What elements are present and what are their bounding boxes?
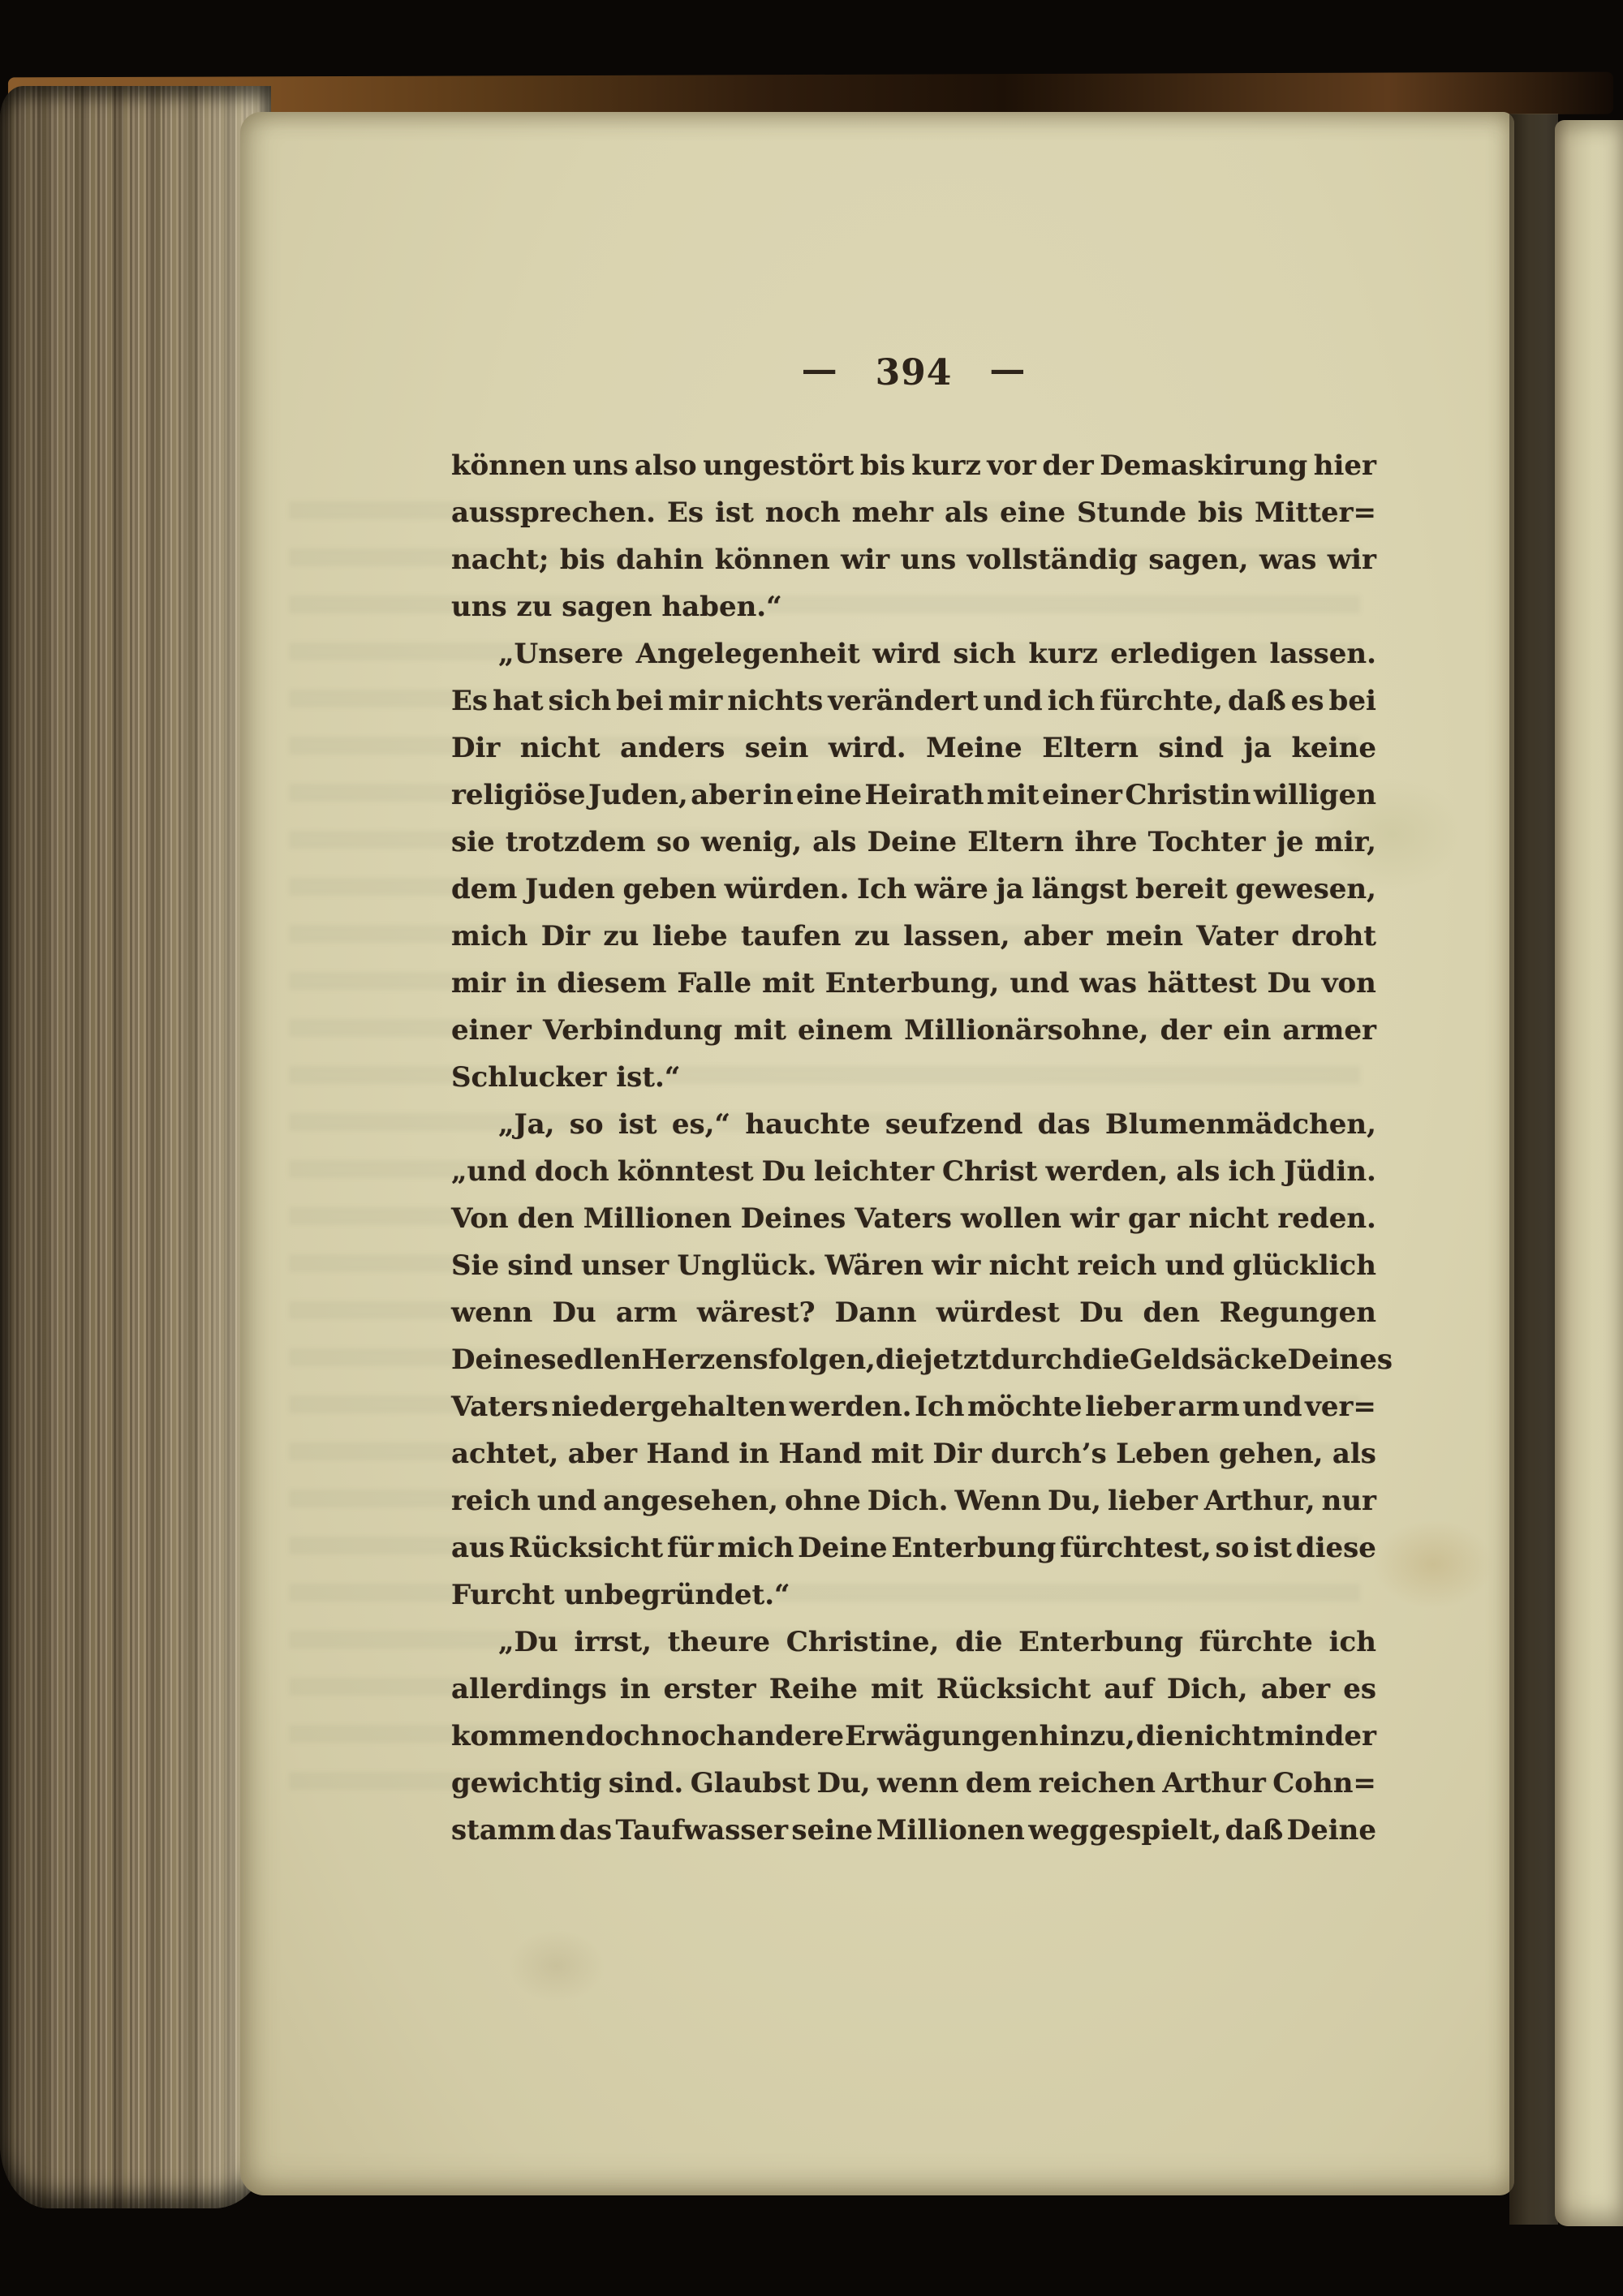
text-line: kommendochnochandereErwägungenhinzu,dien… — [451, 1713, 1376, 1760]
text-line: reichundangesehen,ohneDich.WennDu,lieber… — [451, 1477, 1376, 1524]
text-line: michDirzuliebetaufenzulassen,abermeinVat… — [451, 913, 1376, 960]
next-page-edge — [1555, 120, 1623, 2226]
page-edges-stack — [0, 86, 271, 2208]
text-line: Schlucker ist.“ — [451, 1054, 1376, 1101]
page-number-left-dash: — — [802, 349, 838, 390]
page-number: —394— — [451, 352, 1376, 396]
text-line: Eshatsichbeimirnichtsverändertundichfürc… — [451, 677, 1376, 724]
text-line: VondenMillionenDeinesVaterswollenwirgarn… — [451, 1195, 1376, 1242]
text-line: Dirnichtandersseinwird.MeineElternsindja… — [451, 724, 1376, 772]
text-line: demJudengebenwürden.Ichwärejalängstberei… — [451, 866, 1376, 913]
text-line: „unddochkönntestDuleichterChristwerden,a… — [451, 1148, 1376, 1195]
text-line: SiesindunserUnglück.Wärenwirnichtreichun… — [451, 1242, 1376, 1289]
text-line: sietrotzdemsowenig,alsDeineElternihreToc… — [451, 819, 1376, 866]
text-line: allerdingsinersterReihemitRücksichtaufDi… — [451, 1666, 1376, 1713]
page-stain — [508, 1929, 605, 2002]
page-number-value: 394 — [876, 352, 953, 393]
text-line: einerVerbindungmiteinemMillionärsohne,de… — [451, 1007, 1376, 1054]
text-line: religiöseJuden,aberineineHeirathmiteiner… — [451, 772, 1376, 819]
text-line: mirindiesemFallemitEnterbung,undwashätte… — [451, 960, 1376, 1007]
gutter-shadow — [1509, 114, 1558, 2225]
book-page: —394— könnenunsalsoungestörtbiskurzvorde… — [240, 112, 1514, 2195]
text-line: „UnsereAngelegenheitwirdsichkurzerledige… — [451, 630, 1376, 677]
book-photo: —394— könnenunsalsoungestörtbiskurzvorde… — [0, 0, 1623, 2296]
text-line: wennDuarmwärest?DannwürdestDudenRegungen — [451, 1289, 1376, 1336]
text-line: „Ja,soistes,“hauchteseufzenddasBlumenmäd… — [451, 1101, 1376, 1148]
text-line: DeinesedlenHerzensfolgen,diejetztdurchdi… — [451, 1336, 1376, 1383]
text-line: „Duirrst,theureChristine,dieEnterbungfür… — [451, 1619, 1376, 1666]
text-line: Vatersniedergehaltenwerden.Ichmöchtelieb… — [451, 1383, 1376, 1430]
page-stain — [1372, 1520, 1494, 1609]
text-line: nacht;bisdahinkönnenwirunsvollständigsag… — [451, 536, 1376, 583]
page-text: könnenunsalsoungestörtbiskurzvorderDemas… — [451, 442, 1376, 1854]
text-line: aussprechen.EsistnochmehralseineStundebi… — [451, 489, 1376, 536]
text-line: gewichtigsind.GlaubstDu,wenndemreichenAr… — [451, 1760, 1376, 1807]
text-line: Furcht unbegründet.“ — [451, 1572, 1376, 1619]
text-line: ausRücksichtfürmichDeineEnterbungfürchte… — [451, 1524, 1376, 1572]
text-line: könnenunsalsoungestörtbiskurzvorderDemas… — [451, 442, 1376, 489]
page-number-right-dash: — — [989, 349, 1026, 390]
text-line: uns zu sagen haben.“ — [451, 583, 1376, 630]
text-line: achtet,aberHandinHandmitDirdurch’sLebeng… — [451, 1430, 1376, 1477]
text-line: stammdasTaufwasserseineMillionenweggespi… — [451, 1807, 1376, 1854]
